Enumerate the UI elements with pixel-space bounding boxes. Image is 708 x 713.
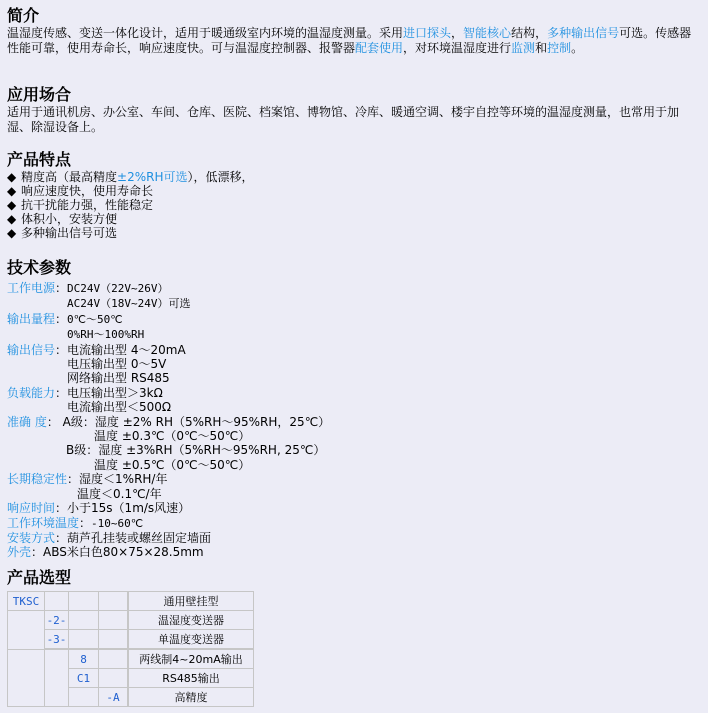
- feature-item: ◆精度高（最高精度±2%RH可选），低漂移，: [7, 170, 701, 184]
- table-row: TKSC 通用壁挂型: [8, 592, 254, 611]
- highlight-matching-use[interactable]: 配套使用: [355, 41, 403, 55]
- description-cell: RS485输出: [128, 669, 254, 688]
- colon: ：: [55, 312, 67, 326]
- highlight-output-signals[interactable]: 多种输出信号: [547, 26, 619, 40]
- spec-stability: 长期稳定性：湿度＜1%RH/年: [7, 472, 701, 486]
- accuracy-code-cell: [99, 649, 129, 669]
- type-code-cell: -2-: [45, 611, 69, 630]
- intro-title: 简介: [7, 6, 701, 26]
- colon: ：: [55, 343, 67, 357]
- intro-text: 温湿度传感、变送一体化设计，适用于暖通级室内环境的温湿度测量。采用进口探头，智能…: [7, 26, 701, 56]
- spec-label[interactable]: 输出信号: [7, 343, 55, 357]
- spec-value: 电压输出型 0～5V: [67, 357, 166, 371]
- highlight-imported-probe[interactable]: 进口探头: [403, 26, 451, 40]
- features-title: 产品特点: [7, 150, 701, 170]
- spec-label[interactable]: 输出量程: [7, 312, 55, 326]
- model-code-cell: TKSC: [8, 592, 45, 611]
- spec-value: 0℃～50℃: [67, 313, 123, 326]
- features-section: 产品特点 ◆精度高（最高精度±2%RH可选），低漂移， ◆响应速度快，使用寿命长…: [7, 150, 701, 240]
- accuracy-code-cell: -A: [99, 688, 129, 707]
- highlight-monitoring[interactable]: 监测: [511, 41, 535, 55]
- spec-value: 小于15s（1m/s风速）: [67, 501, 190, 515]
- spec-response: 响应时间：小于15s（1m/s风速）: [7, 501, 701, 515]
- description-cell: 温湿度变送器: [128, 611, 254, 630]
- spec-label[interactable]: 安装方式: [7, 531, 55, 545]
- colon: ：: [79, 516, 91, 530]
- intro-text-segment: 和: [535, 41, 547, 55]
- spec-accuracy-b-temp: 温度 ±0.5℃（0℃～50℃）: [7, 458, 701, 472]
- spec-label[interactable]: 准确 度: [7, 415, 47, 429]
- output-code-cell: [69, 688, 99, 707]
- spec-accuracy-a-temp: 温度 ±0.3℃（0℃～50℃）: [7, 429, 701, 443]
- description-cell: 高精度: [128, 688, 254, 707]
- spec-label[interactable]: 长期稳定性: [7, 472, 67, 486]
- spec-value: -10~60℃: [91, 517, 143, 530]
- colon: ：: [83, 415, 95, 429]
- type-code-cell: -3-: [45, 630, 69, 650]
- table-row: -3- 单温度变送器: [8, 630, 254, 650]
- spec-value: 温度 ±0.5℃（0℃～50℃）: [94, 458, 250, 472]
- empty-cell: [8, 611, 45, 650]
- spec-label[interactable]: 工作环境温度: [7, 516, 79, 530]
- output-code-cell: 8: [69, 649, 99, 669]
- spec-signal: 输出信号：电流输出型 4～20mA: [7, 343, 701, 357]
- spec-power: 工作电源：DC24V（22V~26V）: [7, 281, 701, 296]
- spec-signal-voltage: 电压输出型 0～5V: [7, 357, 701, 371]
- spec-range: 输出量程：0℃～50℃: [7, 312, 701, 327]
- spec-value: 0%RH～100%RH: [67, 328, 144, 341]
- tech-spec-list: 工作电源：DC24V（22V~26V） AC24V（18V~24V）可选 输出量…: [7, 281, 701, 560]
- grade-b: B级: [66, 443, 86, 457]
- intro-text-segment: 温湿度传感、变送一体化设计，适用于暖通级室内环境的温湿度测量。采用: [7, 26, 403, 40]
- accuracy-code-cell: [99, 630, 129, 650]
- spec-value: 温度 ±0.3℃（0℃～50℃）: [94, 429, 250, 443]
- spec-power-alt: AC24V（18V~24V）可选: [7, 296, 701, 311]
- spec-signal-network: 网络输出型 RS485: [7, 371, 701, 385]
- type-code-cell: [45, 592, 69, 611]
- spec-value: AC24V（18V~24V）可选: [67, 297, 190, 310]
- tech-specs-section: 技术参数 工作电源：DC24V（22V~26V） AC24V（18V~24V）可…: [7, 258, 701, 560]
- intro-text-segment: ，: [451, 26, 463, 40]
- feature-item: ◆多种输出信号可选: [7, 226, 701, 240]
- highlight-smart-core[interactable]: 智能核心: [463, 26, 511, 40]
- accuracy-code-cell: [99, 669, 129, 688]
- colon: ：: [86, 443, 98, 457]
- feature-highlight[interactable]: ±2%RH可选: [117, 170, 187, 184]
- spec-value: 葫芦孔挂装或螺丝固定墙面: [67, 531, 211, 545]
- spec-value: DC24V（22V~26V）: [67, 282, 168, 295]
- spec-value: 网络输出型 RS485: [67, 371, 170, 385]
- feature-text: ），低漂移，: [187, 170, 253, 184]
- features-list: ◆精度高（最高精度±2%RH可选），低漂移， ◆响应速度快，使用寿命长 ◆抗干扰…: [7, 170, 701, 240]
- intro-text-segment: 结构，: [511, 26, 547, 40]
- spec-value: 湿度 ±2% RH（5%RH～95%RH，25℃）: [95, 415, 330, 429]
- feature-text: 响应速度快，使用寿命长: [21, 184, 153, 198]
- application-section: 应用场合 适用于通讯机房、办公室、车间、仓库、医院、档案馆、博物馆、冷库、暖通空…: [7, 85, 701, 135]
- tech-title: 技术参数: [7, 258, 701, 278]
- spec-load: 负载能力：电压输出型＞3kΩ: [7, 386, 701, 400]
- diamond-bullet-icon: ◆: [7, 212, 21, 226]
- spec-label[interactable]: 工作电源: [7, 281, 55, 295]
- application-title: 应用场合: [7, 85, 701, 105]
- diamond-bullet-icon: ◆: [7, 170, 21, 184]
- spec-env-temp: 工作环境温度：-10~60℃: [7, 516, 701, 531]
- spec-label[interactable]: 外壳: [7, 545, 31, 559]
- spec-label[interactable]: 响应时间: [7, 501, 55, 515]
- spec-accuracy-b-hum: B级：湿度 ±3%RH（5%RH～95%RH, 25℃）: [7, 443, 701, 457]
- feature-item: ◆体积小，安装方便: [7, 212, 701, 226]
- diamond-bullet-icon: ◆: [7, 198, 21, 212]
- description-cell: 通用壁挂型: [128, 592, 254, 611]
- intro-section: 简介 温湿度传感、变送一体化设计，适用于暖通级室内环境的温湿度测量。采用进口探头…: [7, 6, 701, 56]
- spec-accuracy-a-hum: 准确 度： A级：湿度 ±2% RH（5%RH～95%RH，25℃）: [7, 415, 701, 429]
- spec-value: 电流输出型＜500Ω: [67, 400, 171, 414]
- colon: ：: [67, 472, 79, 486]
- empty-cell: [45, 649, 69, 707]
- selection-section: 产品选型 TKSC 通用壁挂型 -2- 温湿度变送器 -3- 单温度变送器: [7, 568, 701, 707]
- intro-text-segment: ，对环境温湿度进行: [403, 41, 511, 55]
- spec-stability-temp: 温度＜0.1℃/年: [7, 487, 701, 501]
- spec-value: 湿度＜1%RH/年: [79, 472, 167, 486]
- spec-label[interactable]: 负载能力: [7, 386, 55, 400]
- diamond-bullet-icon: ◆: [7, 226, 21, 240]
- feature-text: 多种输出信号可选: [21, 226, 117, 240]
- description-cell: 单温度变送器: [128, 630, 254, 650]
- intro-text-segment: 。: [571, 41, 583, 55]
- colon: ：: [55, 501, 67, 515]
- feature-item: ◆抗干扰能力强，性能稳定: [7, 198, 701, 212]
- colon: ：: [47, 415, 59, 429]
- output-code-cell: C1: [69, 669, 99, 688]
- spec-load-current: 电流输出型＜500Ω: [7, 400, 701, 414]
- table-row: 8 两线制4~20mA输出: [8, 649, 254, 669]
- diamond-bullet-icon: ◆: [7, 184, 21, 198]
- accuracy-code-cell: [99, 592, 129, 611]
- feature-text: 精度高（最高精度: [21, 170, 117, 184]
- colon: ：: [31, 545, 43, 559]
- output-code-cell: [69, 592, 99, 611]
- spec-install: 安装方式：葫芦孔挂装或螺丝固定墙面: [7, 531, 701, 545]
- description-cell: 两线制4~20mA输出: [128, 649, 254, 669]
- output-code-cell: [69, 630, 99, 650]
- output-code-cell: [69, 611, 99, 630]
- table-row: -2- 温湿度变送器: [8, 611, 254, 630]
- feature-text: 体积小，安装方便: [21, 212, 117, 226]
- application-text: 适用于通讯机房、办公室、车间、仓库、医院、档案馆、博物馆、冷库、暖通空调、楼宇自…: [7, 105, 701, 135]
- grade-a: A级: [63, 415, 83, 429]
- spec-range-hum: 0%RH～100%RH: [7, 327, 701, 342]
- feature-text: 抗干扰能力强，性能稳定: [21, 198, 153, 212]
- selection-table: TKSC 通用壁挂型 -2- 温湿度变送器 -3- 单温度变送器: [7, 591, 254, 707]
- accuracy-code-cell: [99, 611, 129, 630]
- spec-shell: 外壳：ABS米白色80×75×28.5mm: [7, 545, 701, 559]
- colon: ：: [55, 386, 67, 400]
- colon: ：: [55, 531, 67, 545]
- spec-value: 电压输出型＞3kΩ: [67, 386, 163, 400]
- empty-cell: [8, 649, 45, 707]
- spec-value: 湿度 ±3%RH（5%RH～95%RH, 25℃）: [98, 443, 325, 457]
- colon: ：: [55, 281, 67, 295]
- feature-item: ◆响应速度快，使用寿命长: [7, 184, 701, 198]
- selection-title: 产品选型: [7, 568, 701, 588]
- spec-value: ABS米白色80×75×28.5mm: [43, 545, 204, 559]
- spec-value: 电流输出型 4～20mA: [67, 343, 186, 357]
- spec-value: 温度＜0.1℃/年: [77, 487, 162, 501]
- highlight-control[interactable]: 控制: [547, 41, 571, 55]
